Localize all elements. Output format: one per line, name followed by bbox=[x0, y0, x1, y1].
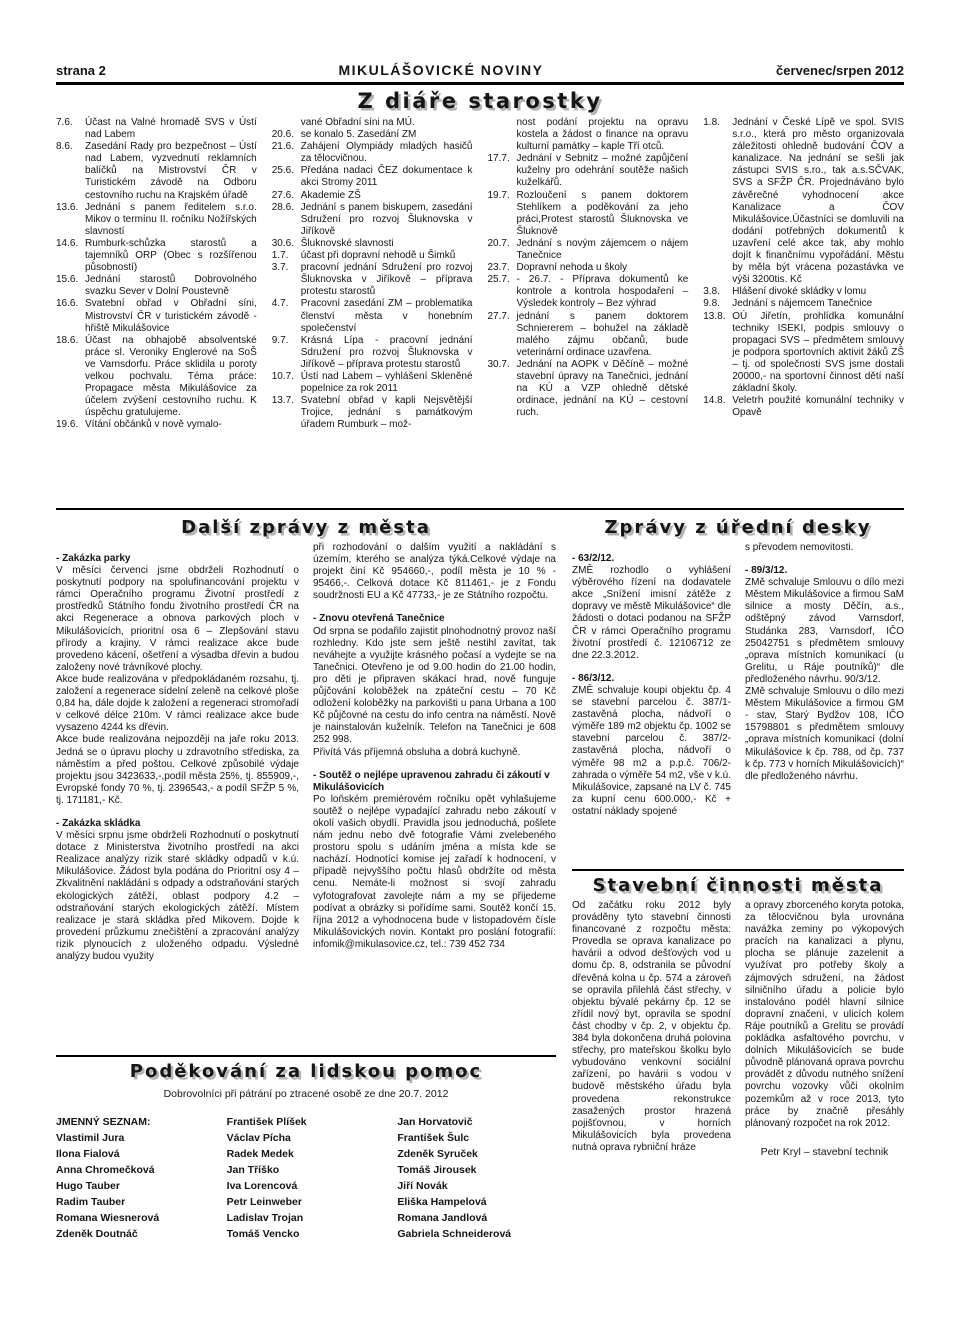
diary-entry-text: se konalo 5. Zasedání ZM bbox=[301, 129, 473, 141]
diary-entry-date: 14.8. bbox=[703, 395, 732, 419]
volunteer-name: Tomáš Vencko bbox=[227, 1226, 386, 1242]
diary-entry: 3.8. Hlášení divoké skládky v lomu bbox=[703, 286, 904, 298]
names-column-2: František Plíšek Václav Pícha Radek Mede… bbox=[227, 1114, 386, 1242]
diary-entry: 21.6. Zahájení Olympiády mladých hasičů … bbox=[272, 141, 473, 165]
diary-entry-text: Jednání v České Lípě ve spol. SVIS s.r.o… bbox=[732, 117, 904, 286]
newspaper-title: MIKULÁŠOVICKÉ NOVINY bbox=[338, 62, 543, 78]
diary-entry-text: Rozloučení s panem doktorem Stehlíkem a … bbox=[517, 190, 689, 238]
diary-entry: 30.6. Šluknovské slavnosti bbox=[272, 238, 473, 250]
diary-entry-date: 13.6. bbox=[56, 202, 85, 238]
board-paragraph: ZMĚ rozhodlo o vyhlášení výběrového říze… bbox=[572, 565, 731, 662]
volunteer-name: Eliška Hampelová bbox=[397, 1194, 556, 1210]
construction-columns: Od začátku roku 2012 byly prováděny tyto… bbox=[572, 900, 904, 1158]
diary-entry: 9.7. Krásná Lípa - pracovní jednání Sdru… bbox=[272, 335, 473, 371]
diary-entry-date: 13.7. bbox=[272, 395, 301, 431]
diary-entry-text: OÚ Jiřetín, prohlídka komunální techniky… bbox=[732, 311, 904, 396]
construction-signature: Petr Kryl – stavební technik bbox=[745, 1146, 904, 1158]
diary-entry-text: Vítání občánků v nově vymalo- bbox=[85, 419, 257, 431]
diary-entry: 25.6. Předána nadaci ČEZ dokumentace k a… bbox=[272, 165, 473, 189]
volunteer-name: Hugo Tauber bbox=[56, 1178, 215, 1194]
diary-entry: 10.7. Ústí nad Labem – vyhlášení Skleněn… bbox=[272, 371, 473, 395]
diary-entry-date: 25.6. bbox=[272, 165, 301, 189]
diary-entry-date: 17.7. bbox=[488, 153, 517, 189]
volunteer-name: Zdeněk Doutnáč bbox=[56, 1226, 215, 1242]
news-paragraph: - Zakázka parky bbox=[56, 553, 299, 565]
diary-entry-date bbox=[272, 117, 301, 129]
diary-entry: 20.7. Jednání s novým zájemcem o nájem T… bbox=[488, 238, 689, 262]
diary-entry-text: vané Obřadní síni na MÚ. bbox=[301, 117, 473, 129]
construction-paragraph: a opravy zborceného koryta potoka, za tě… bbox=[745, 900, 904, 1130]
news-paragraph: Přivítá Vás příjemná obsluha a dobrá kuc… bbox=[313, 747, 556, 759]
diary-entry: 23.7. Dopravní nehoda u školy bbox=[488, 262, 689, 274]
diary-entry: 27.7. jednání s panem doktorem Schnierer… bbox=[488, 311, 689, 359]
section-title-construction: Stavební činnosti města bbox=[572, 875, 904, 896]
diary-columns: 7.6. Účast na Valné hromadě SVS v Ústí n… bbox=[56, 117, 904, 503]
news-columns: - Zakázka parky V měsíci červenci jsme o… bbox=[56, 542, 556, 1050]
diary-entry: 4.7. Pracovní zasedání ZM – problematika… bbox=[272, 298, 473, 334]
section-title-board: Zprávy z úřední desky bbox=[572, 517, 904, 538]
diary-entry-text: Jednání s panem ředitelem s.r.o. Mikov o… bbox=[85, 202, 257, 238]
diary-entry-text: Rumburk-schůzka starostů a tajemníků ORP… bbox=[85, 238, 257, 274]
diary-column-4: 1.8. Jednání v České Lípě ve spol. SVIS … bbox=[703, 117, 904, 503]
board-paragraph: ZMě schvaluje Smlouvu o dílo mezi Městem… bbox=[745, 577, 904, 686]
diary-entry-date: 7.6. bbox=[56, 117, 85, 141]
diary-entry: 8.6. Zasedání Rady pro bezpečnost – Ústí… bbox=[56, 141, 257, 201]
volunteer-name: František Plíšek bbox=[227, 1114, 386, 1130]
construction-right-paragraphs: a opravy zborceného koryta potoka, za tě… bbox=[745, 900, 904, 1130]
diary-entry-text: Účast na Valné hromadě SVS v Ústí nad La… bbox=[85, 117, 257, 141]
diary-entry-date: 16.6. bbox=[56, 298, 85, 334]
diary-entry-date: 18.6. bbox=[56, 335, 85, 420]
diary-entry: 1.7. účast při dopravní nehodě u Šimků bbox=[272, 250, 473, 262]
thanks-subtitle: Dobrovolníci při pátrání po ztracené oso… bbox=[56, 1088, 556, 1100]
diary-entry-text: Hlášení divoké skládky v lomu bbox=[732, 286, 904, 298]
diary-entry-text: Krásná Lípa - pracovní jednání Sdružení … bbox=[301, 335, 473, 371]
diary-entry-date: 4.7. bbox=[272, 298, 301, 334]
diary-entry-text: Jednání s nájemcem Tanečnice bbox=[732, 298, 904, 310]
news-and-thanks-half: Další zprávy z města - Zakázka parky V m… bbox=[56, 513, 556, 1242]
board-paragraph: ZMĚ schvaluje koupi objektu čp. 4 se sta… bbox=[572, 685, 731, 818]
board-paragraph: s převodem nemovitosti. bbox=[745, 542, 904, 554]
section-title-thanks: Poděkování za lidskou pomoc bbox=[56, 1061, 556, 1082]
diary-entry-text: Jednání s panem biskupem, zasedání Sdruž… bbox=[301, 202, 473, 238]
diary-entry-date: 14.6. bbox=[56, 238, 85, 274]
names-column-1: JMENNÝ SEZNAM: Vlastimil Jura Ilona Fial… bbox=[56, 1114, 215, 1242]
diary-entry: 14.8. Veletrh použité komunální techniky… bbox=[703, 395, 904, 419]
diary-entry: 16.6. Svatební obřad v Obřadní síni, Mis… bbox=[56, 298, 257, 334]
diary-column-2: vané Obřadní síni na MÚ. 20.6. se konalo… bbox=[272, 117, 473, 503]
board-and-construction-half: Zprávy z úřední desky - 63/2/12. ZMĚ roz… bbox=[572, 513, 904, 1242]
volunteer-name: Jan Horvatovič bbox=[397, 1114, 556, 1130]
divider-above-construction bbox=[572, 869, 904, 871]
diary-entry-date: 15.6. bbox=[56, 274, 85, 298]
diary-entry-text: Zahájení Olympiády mladých hasičů za těl… bbox=[301, 141, 473, 165]
volunteer-name: Vlastimil Jura bbox=[56, 1130, 215, 1146]
news-paragraph: Akce bude realizována nejpozději na jaře… bbox=[56, 734, 299, 807]
diary-entry: 19.7. Rozloučení s panem doktorem Stehlí… bbox=[488, 190, 689, 238]
diary-entry: 19.6. Vítání občánků v nově vymalo- bbox=[56, 419, 257, 431]
diary-entry-text: Jednání v Sebnitz – možné zapůjčení kuže… bbox=[517, 153, 689, 189]
diary-entry-date: 3.8. bbox=[703, 286, 732, 298]
diary-entry-date: 3.7. bbox=[272, 262, 301, 298]
divider-under-diary bbox=[56, 508, 904, 510]
board-paragraph: ZMě schvaluje Smlouvu o dílo mezi Městem… bbox=[745, 686, 904, 783]
diary-entry: 20.6. se konalo 5. Zasedání ZM bbox=[272, 129, 473, 141]
diary-entry-text: účast při dopravní nehodě u Šimků bbox=[301, 250, 473, 262]
volunteer-name: Iva Lorencová bbox=[227, 1178, 386, 1194]
diary-entry-text: Svatební obřad v kapli Nejsvětější Troji… bbox=[301, 395, 473, 431]
diary-entry-date: 28.6. bbox=[272, 202, 301, 238]
diary-entry: 27.6. Akademie ZŠ bbox=[272, 190, 473, 202]
news-paragraph: V měsíci červenci jsme obdrželi Rozhodnu… bbox=[56, 565, 299, 674]
newspaper-page: strana 2 MIKULÁŠOVICKÉ NOVINY červenec/s… bbox=[0, 0, 960, 1332]
news-paragraph: V měsíci srpnu jsme obdrželi Rozhodnutí … bbox=[56, 830, 299, 963]
diary-entry-text: - 26.7. - Příprava dokumentů ke kontrole… bbox=[517, 274, 689, 310]
diary-entry-date: 27.6. bbox=[272, 190, 301, 202]
board-column-left: - 63/2/12. ZMĚ rozhodlo o vyhlášení výbě… bbox=[572, 542, 731, 864]
diary-entry-text: Předána nadaci ČEZ dokumentace k akci St… bbox=[301, 165, 473, 189]
volunteer-name: Petr Leinweber bbox=[227, 1194, 386, 1210]
diary-entry: 1.8. Jednání v České Lípě ve spol. SVIS … bbox=[703, 117, 904, 286]
diary-entry-date: 30.7. bbox=[488, 359, 517, 419]
volunteer-name: František Šulc bbox=[397, 1130, 556, 1146]
diary-entry-date: 10.7. bbox=[272, 371, 301, 395]
volunteer-name: Zdeněk Syruček bbox=[397, 1146, 556, 1162]
names-column-3: Jan Horvatovič František Šulc Zdeněk Syr… bbox=[397, 1114, 556, 1242]
construction-paragraph: Od začátku roku 2012 byly prováděny tyto… bbox=[572, 900, 731, 1154]
diary-entry-text: Jednání s novým zájemcem o nájem Tanečni… bbox=[517, 238, 689, 262]
diary-entry-date: 9.7. bbox=[272, 335, 301, 371]
volunteer-name: Anna Chromečková bbox=[56, 1162, 215, 1178]
diary-entry: 13.7. Svatební obřad v kapli Nejsvětější… bbox=[272, 395, 473, 431]
board-columns: - 63/2/12. ZMĚ rozhodlo o vyhlášení výbě… bbox=[572, 542, 904, 864]
diary-entry-date: 9.8. bbox=[703, 298, 732, 310]
section-title-diary: Z diáře starostky bbox=[56, 89, 904, 113]
volunteer-name: Jan Tříško bbox=[227, 1162, 386, 1178]
volunteer-name-list: JMENNÝ SEZNAM: Vlastimil Jura Ilona Fial… bbox=[56, 1114, 556, 1242]
diary-entry-text: Pracovní zasedání ZM – problematika člen… bbox=[301, 298, 473, 334]
board-paragraph: - 86/3/12. bbox=[572, 673, 731, 685]
diary-entry: 14.6. Rumburk-schůzka starostů a tajemní… bbox=[56, 238, 257, 274]
divider-above-thanks bbox=[56, 1055, 556, 1057]
lower-region: Další zprávy z města - Zakázka parky V m… bbox=[56, 513, 904, 1242]
news-paragraph: při rozhodování o dalším využití a naklá… bbox=[313, 542, 556, 602]
diary-entry-date: 13.8. bbox=[703, 311, 732, 396]
news-paragraph: Od srpna se podařilo zajistit plnohodnot… bbox=[313, 626, 556, 747]
diary-entry: nost podání projektu na opravu kostela a… bbox=[488, 117, 689, 153]
diary-entry: 15.6. Jednání starostů Dobrovolného svaz… bbox=[56, 274, 257, 298]
diary-entry-text: Šluknovské slavnosti bbox=[301, 238, 473, 250]
diary-entry-date bbox=[488, 117, 517, 153]
board-paragraph: - 63/2/12. bbox=[572, 553, 731, 565]
diary-entry-text: Jednání starostů Dobrovolného svazku Sev… bbox=[85, 274, 257, 298]
diary-entry: 9.8. Jednání s nájemcem Tanečnice bbox=[703, 298, 904, 310]
construction-column-left: Od začátku roku 2012 byly prováděny tyto… bbox=[572, 900, 731, 1158]
diary-entry-date: 20.7. bbox=[488, 238, 517, 262]
volunteer-name: Romana Jandlová bbox=[397, 1210, 556, 1226]
diary-entry-date: 30.6. bbox=[272, 238, 301, 250]
names-col1-items: Vlastimil Jura Ilona Fialová Anna Chrome… bbox=[56, 1130, 215, 1242]
volunteer-name: Ladislav Trojan bbox=[227, 1210, 386, 1226]
diary-entry: 17.7. Jednání v Sebnitz – možné zapůjčen… bbox=[488, 153, 689, 189]
news-paragraph: - Soutěž o nejlépe upravenou zahradu či … bbox=[313, 770, 556, 794]
diary-entry: vané Obřadní síni na MÚ. bbox=[272, 117, 473, 129]
masthead: strana 2 MIKULÁŠOVICKÉ NOVINY červenec/s… bbox=[56, 62, 904, 85]
board-column-right: s převodem nemovitosti. - 89/3/12. ZMě s… bbox=[745, 542, 904, 864]
diary-entry-date: 19.7. bbox=[488, 190, 517, 238]
news-paragraph: - Znovu otevřená Tanečnice bbox=[313, 613, 556, 625]
volunteer-name: Václav Pícha bbox=[227, 1130, 386, 1146]
diary-entry-text: Účast na obhajobě absolventské práce sl.… bbox=[85, 335, 257, 420]
news-paragraph: Po loňském premiérovém ročníku opět vyhl… bbox=[313, 794, 556, 951]
diary-entry-date: 21.6. bbox=[272, 141, 301, 165]
diary-entry-date: 19.6. bbox=[56, 419, 85, 431]
diary-entry-date: 1.8. bbox=[703, 117, 732, 286]
volunteer-name: Tomáš Jirousek bbox=[397, 1162, 556, 1178]
volunteer-name: Romana Wiesnerová bbox=[56, 1210, 215, 1226]
diary-entry-date: 1.7. bbox=[272, 250, 301, 262]
diary-entry-text: Jednání na AOPK v Děčíně – možné stavebn… bbox=[517, 359, 689, 419]
volunteer-name: Radek Medek bbox=[227, 1146, 386, 1162]
diary-entry-text: Ústí nad Labem – vyhlášení Skleněné pope… bbox=[301, 371, 473, 395]
diary-entry-text: Veletrh použité komunální techniky v Opa… bbox=[732, 395, 904, 419]
news-paragraph: Akce bude realizována v předpokládaném r… bbox=[56, 674, 299, 734]
diary-entry-text: Svatební obřad v Obřadní síni, Mistrovst… bbox=[85, 298, 257, 334]
diary-entry: 30.7. Jednání na AOPK v Děčíně – možné s… bbox=[488, 359, 689, 419]
news-column-a: - Zakázka parky V měsíci červenci jsme o… bbox=[56, 542, 299, 1050]
volunteer-name: Jiří Novák bbox=[397, 1178, 556, 1194]
diary-entry-text: jednání s panem doktorem Schniererem – b… bbox=[517, 311, 689, 359]
diary-column-1: 7.6. Účast na Valné hromadě SVS v Ústí n… bbox=[56, 117, 257, 503]
diary-entry-date: 25.7. bbox=[488, 274, 517, 310]
diary-entry-text: nost podání projektu na opravu kostela a… bbox=[517, 117, 689, 153]
volunteer-name: Ilona Fialová bbox=[56, 1146, 215, 1162]
diary-entry-text: pracovní jednání Sdružení pro rozvoj Šlu… bbox=[301, 262, 473, 298]
diary-entry: 13.8. OÚ Jiřetín, prohlídka komunální te… bbox=[703, 311, 904, 396]
diary-entry-date: 23.7. bbox=[488, 262, 517, 274]
names-list-label: JMENNÝ SEZNAM: bbox=[56, 1114, 215, 1130]
diary-entry-text: Akademie ZŠ bbox=[301, 190, 473, 202]
section-title-news: Další zprávy z města bbox=[56, 517, 556, 538]
diary-entry: 3.7. pracovní jednání Sdružení pro rozvo… bbox=[272, 262, 473, 298]
diary-entry-date: 27.7. bbox=[488, 311, 517, 359]
diary-entry-text: Dopravní nehoda u školy bbox=[517, 262, 689, 274]
diary-entry: 25.7. - 26.7. - Příprava dokumentů ke ko… bbox=[488, 274, 689, 310]
news-column-b: při rozhodování o dalším využití a naklá… bbox=[313, 542, 556, 1050]
page-number: strana 2 bbox=[56, 63, 106, 78]
news-paragraph: - Zakázka skládka bbox=[56, 818, 299, 830]
diary-column-3: nost podání projektu na opravu kostela a… bbox=[488, 117, 689, 503]
diary-entry-date: 8.6. bbox=[56, 141, 85, 201]
construction-column-right: a opravy zborceného koryta potoka, za tě… bbox=[745, 900, 904, 1158]
diary-entry: 18.6. Účast na obhajobě absolventské prá… bbox=[56, 335, 257, 420]
diary-entry: 13.6. Jednání s panem ředitelem s.r.o. M… bbox=[56, 202, 257, 238]
diary-entry: 28.6. Jednání s panem biskupem, zasedání… bbox=[272, 202, 473, 238]
diary-entry-text: Zasedání Rady pro bezpečnost – Ústí nad … bbox=[85, 141, 257, 201]
diary-entry-date: 20.6. bbox=[272, 129, 301, 141]
issue-date: červenec/srpen 2012 bbox=[776, 63, 904, 78]
volunteer-name: Gabriela Schneiderová bbox=[397, 1226, 556, 1242]
board-paragraph: - 89/3/12. bbox=[745, 565, 904, 577]
volunteer-name: Radim Tauber bbox=[56, 1194, 215, 1210]
diary-entry: 7.6. Účast na Valné hromadě SVS v Ústí n… bbox=[56, 117, 257, 141]
